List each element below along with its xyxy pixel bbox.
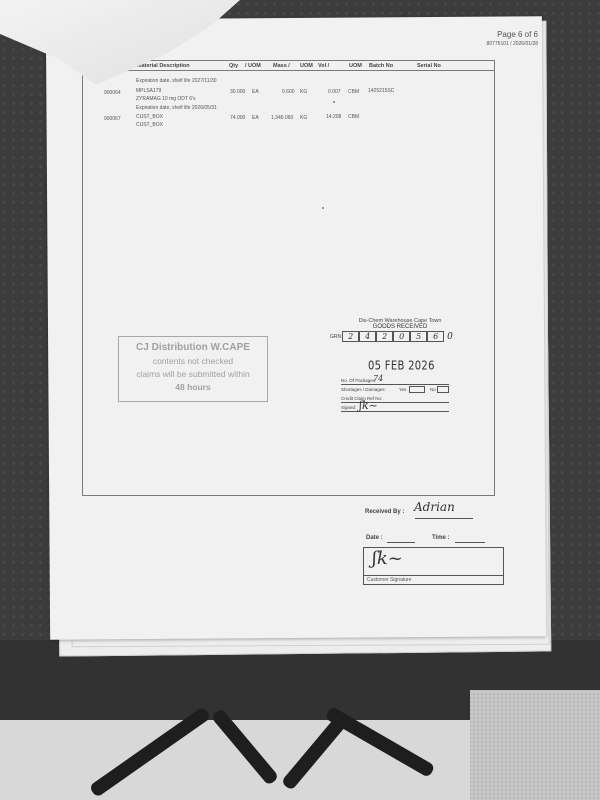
credit-claim-field: Credit Claim Ref No: — [341, 395, 449, 403]
grn-number: GRN 2 4 2 0 5 6 0 — [330, 331, 470, 342]
packages-value: 74 — [373, 374, 383, 383]
row-vol-uom: CBM — [348, 89, 359, 95]
col-mass: Mass / — [273, 63, 290, 69]
grn-digit: 6 — [427, 331, 444, 342]
received-date-stamp: 05 FEB 2026 — [368, 360, 435, 374]
page-header: Page 6 of 6 80775101 / 2026/01/28 — [487, 30, 538, 47]
no-label: No — [430, 387, 436, 392]
cj-distribution-stamp: CJ Distribution W.CAPE contents not chec… — [118, 336, 268, 402]
grn-label: GRN — [330, 334, 341, 340]
row-description: CUST_BOX — [136, 122, 163, 128]
customer-signature-label: Customer Signature — [367, 577, 411, 583]
grn-digit: 5 — [410, 331, 427, 342]
date-line — [387, 542, 415, 543]
row-description: ZYRAMAG 10 mg ODT 6's — [136, 96, 196, 102]
stamp-title: CJ Distribution W.CAPE — [119, 342, 267, 353]
stamp-line: claims will be submitted within — [119, 369, 267, 379]
received-by-label: Received By : — [365, 509, 404, 515]
customer-signature: ʃk~ — [372, 548, 403, 569]
shortages-label: Shortages / Damages: — [341, 387, 386, 392]
row-vol: 14.208 — [326, 114, 341, 120]
packages-field: No. Of Packages: 74 — [341, 377, 449, 385]
page-number: Page 6 of 6 — [487, 30, 538, 39]
col-serial: Serial No — [417, 63, 441, 69]
yes-checkbox — [409, 386, 425, 393]
row-qty: 30.000 — [230, 89, 245, 95]
col-qty: Qty — [229, 63, 238, 69]
document-reference: 80775101 / 2026/01/28 — [487, 41, 538, 47]
row-note: Expiration date, shelf life 2026/05/31 — [136, 105, 217, 111]
row-item: 900067 — [104, 116, 121, 122]
stamp-line: contents not checked — [119, 356, 267, 366]
no-checkbox — [437, 386, 449, 393]
grn-digit: 0 — [393, 331, 410, 342]
grn-digit: 4 — [359, 331, 376, 342]
col-material-description: Material Description — [137, 63, 190, 69]
row-qty: 74.000 — [230, 115, 245, 121]
grn-fields: No. Of Packages: 74 Shortages / Damages:… — [341, 377, 449, 413]
col-vol-uom: UOM — [349, 63, 362, 69]
received-by-signature: Adrian — [414, 500, 455, 514]
stray-mark — [322, 207, 324, 209]
row-uom: EA — [252, 115, 259, 121]
packages-label: No. Of Packages: — [341, 378, 376, 383]
row-mass-uom: KG — [300, 115, 307, 121]
date-label: Date : — [366, 535, 383, 541]
received-by-line — [415, 518, 473, 519]
row-uom: EA — [252, 89, 259, 95]
stray-mark — [333, 101, 335, 103]
col-vol: Vol / — [318, 63, 329, 69]
row-vol: 0.007 — [328, 89, 341, 95]
grn-digit: 2 — [376, 331, 393, 342]
col-uom: / UOM — [245, 63, 261, 69]
grn-extra-digit: 0 — [447, 332, 453, 342]
row-mass: 0.600 — [282, 89, 295, 95]
floor-carpet — [470, 690, 600, 800]
grn-digit: 2 — [342, 331, 359, 342]
row-note: Expiration date, shelf life 2027/11/30 — [136, 78, 217, 84]
stamp-line: 48 hours — [119, 382, 267, 392]
row-material: CUST_BOX — [136, 114, 163, 120]
goods-received-stamp: Dis-Chem Warehouse Cape Town GOODS RECEI… — [330, 318, 470, 342]
col-mass-uom: UOM — [300, 63, 313, 69]
row-material: MPLSA179 — [136, 88, 161, 94]
signed-label: Signed: — [341, 405, 356, 410]
signed-signature: ʃk~ — [359, 399, 378, 412]
row-mass-uom: KG — [300, 89, 307, 95]
row-batch: 1425215SC — [368, 88, 394, 94]
signed-field: Signed: ʃk~ — [341, 404, 449, 412]
time-line — [455, 542, 485, 543]
yes-label: Yes — [399, 387, 406, 392]
col-batch: Batch No — [369, 63, 393, 69]
shortages-field: Shortages / Damages: Yes No — [341, 386, 449, 394]
row-mass: 1,346.060 — [271, 115, 293, 121]
time-label: Time : — [432, 535, 450, 541]
grn-title: GOODS RECEIVED — [330, 324, 470, 330]
customer-signature-box: ʃk~ Customer Signature — [363, 547, 504, 585]
row-item: 900064 — [104, 90, 121, 96]
signature-divider — [364, 575, 503, 576]
row-vol-uom: CBM — [348, 114, 359, 120]
